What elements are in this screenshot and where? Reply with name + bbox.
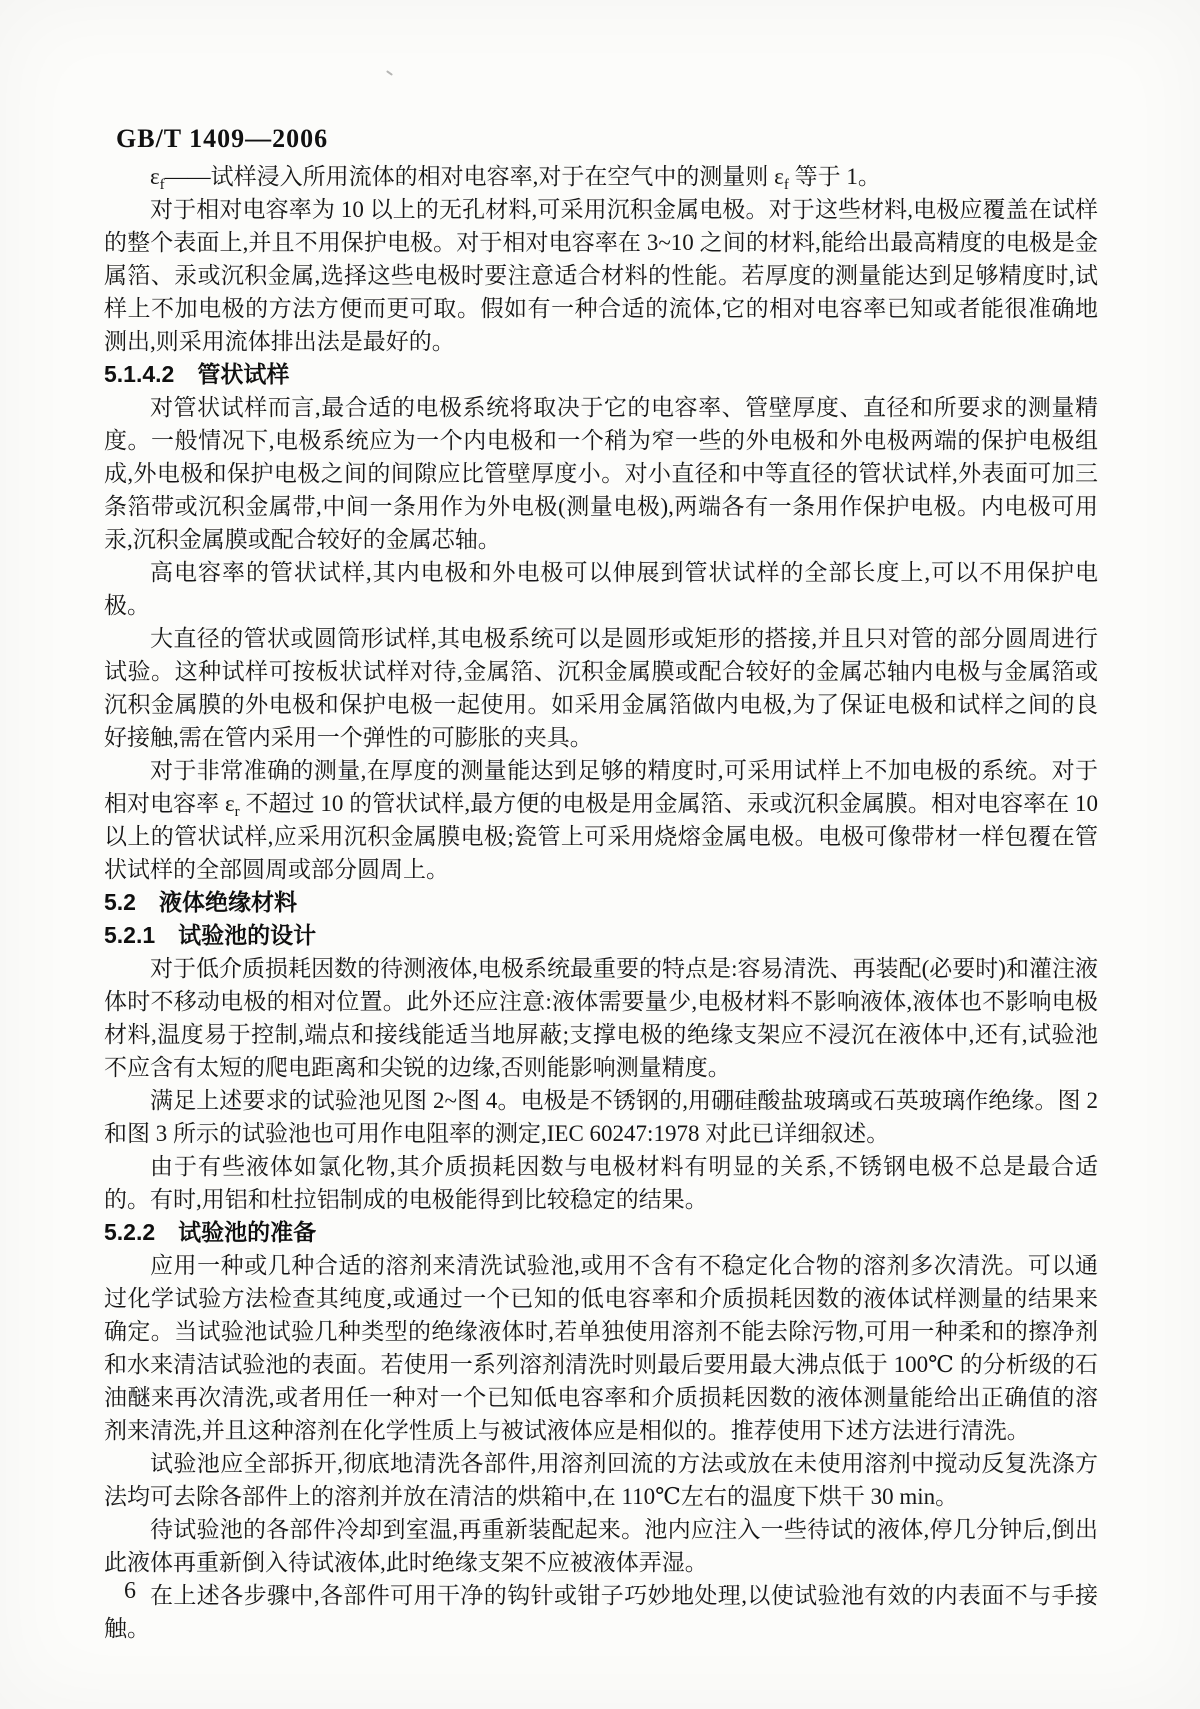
paragraph: 在上述各步骤中,各部件可用干净的钩针或钳子巧妙地处理,以使试验池有效的内表面不与…	[104, 1579, 1098, 1645]
paragraph: 由于有些液体如氯化物,其介质损耗因数与电极材料有明显的关系,不锈钢电极不总是最合…	[104, 1150, 1098, 1216]
paragraph: 对管状试样而言,最合适的电极系统将取决于它的电容率、管壁厚度、直径和所要求的测量…	[104, 391, 1098, 556]
paragraph: 对于低介质损耗因数的待测液体,电极系统最重要的特点是:容易清洗、再装配(必要时)…	[104, 952, 1098, 1084]
paragraph: 试验池应全部拆开,彻底地清洗各部件,用溶剂回流的方法或放在未使用溶剂中搅动反复洗…	[104, 1447, 1098, 1513]
paragraph: 对于相对电容率为 10 以上的无孔材料,可采用沉积金属电极。对于这些材料,电极应…	[104, 193, 1098, 358]
paragraph: 满足上述要求的试验池见图 2~图 4。电极是不锈钢的,用硼硅酸盐玻璃或石英玻璃作…	[104, 1084, 1098, 1150]
paragraph: 大直径的管状或圆筒形试样,其电极系统可以是圆形或矩形的搭接,并且只对管的部分圆周…	[104, 622, 1098, 754]
paragraph: 待试验池的各部件冷却到室温,再重新装配起来。池内应注入一些待试的液体,停几分钟后…	[104, 1513, 1098, 1579]
standard-number: GB/T 1409—2006	[116, 124, 328, 154]
subscript: f	[160, 177, 165, 193]
section-heading: 5.1.4.2 管状试样	[104, 358, 1098, 391]
subscript: r	[235, 804, 240, 820]
page-number: 6	[124, 1578, 136, 1605]
section-heading: 5.2 液体绝缘材料	[104, 886, 1098, 919]
paragraph: 对于非常准确的测量,在厚度的测量能达到足够的精度时,可采用试样上不加电极的系统。…	[104, 754, 1098, 886]
scan-artifact	[386, 70, 393, 76]
document-body: εf——试样浸入所用流体的相对电容率,对于在空气中的测量则 εf 等于 1。对于…	[104, 160, 1098, 1645]
paragraph: 高电容率的管状试样,其内电极和外电极可以伸展到管状试样的全部长度上,可以不用保护…	[104, 556, 1098, 622]
subscript: f	[784, 177, 789, 193]
paragraph: εf——试样浸入所用流体的相对电容率,对于在空气中的测量则 εf 等于 1。	[104, 160, 1098, 193]
section-heading: 5.2.1 试验池的设计	[104, 919, 1098, 952]
scanned-document-page: GB/T 1409—2006 εf——试样浸入所用流体的相对电容率,对于在空气中…	[0, 0, 1200, 1709]
paragraph: 应用一种或几种合适的溶剂来清洗试验池,或用不含有不稳定化合物的溶剂多次清洗。可以…	[104, 1249, 1098, 1447]
section-heading: 5.2.2 试验池的准备	[104, 1216, 1098, 1249]
